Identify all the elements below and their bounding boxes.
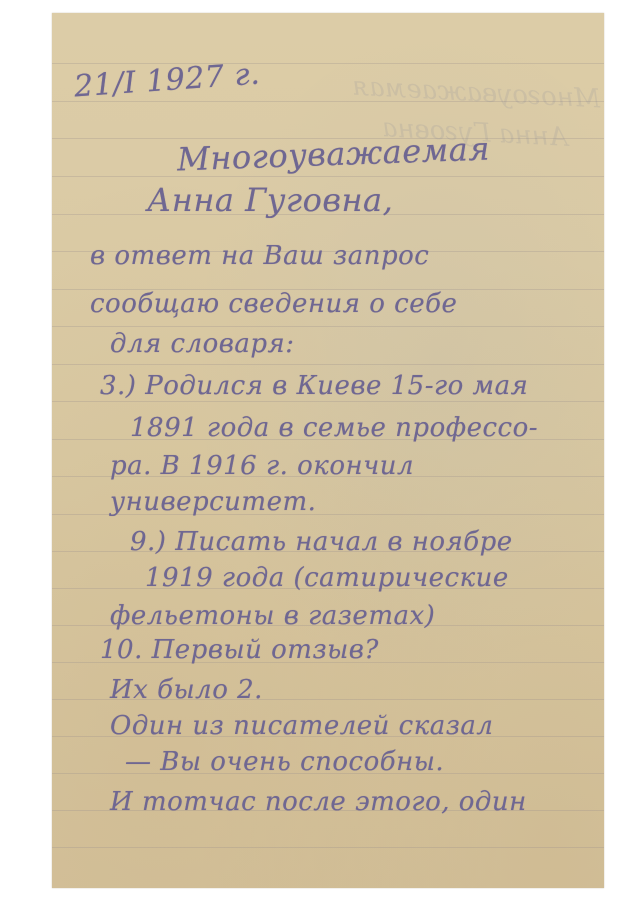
letter-line: 3.) Родился в Киеве 15-го мая	[100, 371, 528, 401]
letter-line: — Вы очень способны.	[125, 747, 444, 777]
letter-line: 1919 года (сатирические	[145, 563, 509, 593]
ruled-line	[52, 101, 604, 102]
ruled-line	[52, 847, 604, 848]
letter-line: Один из писателей сказал	[110, 711, 494, 741]
letter-line: И тотчас после этого, один	[110, 787, 527, 817]
letter-line: 9.) Писать начал в ноябре	[130, 527, 513, 557]
ruled-line	[52, 63, 604, 64]
letter-line: фельетоны в газетах)	[110, 601, 435, 631]
ruled-line	[52, 364, 604, 365]
letter-line: 1891 года в семье профессо-	[130, 413, 538, 443]
letter-line: Их было 2.	[110, 675, 263, 705]
letter-salutation: Многоуважаемая	[176, 130, 490, 179]
letter-line: университет.	[110, 487, 316, 517]
ruled-line	[52, 326, 604, 327]
letter-line: для словаря:	[110, 329, 295, 359]
ruled-line	[52, 401, 604, 402]
letter-addressee: Анна Гуговна,	[147, 181, 393, 219]
scan-canvas: Многоуважаемая Анна Гуговна 21/I 1927 г.…	[0, 0, 630, 900]
letter-line: 10. Первый отзыв?	[100, 635, 379, 665]
letter-line: ра. В 1916 г. окончил	[110, 451, 414, 481]
ruled-line	[52, 176, 604, 177]
bleed-through-text: Многоуважаемая	[351, 72, 601, 115]
letter-sheet: Многоуважаемая Анна Гуговна 21/I 1927 г.…	[52, 13, 604, 888]
letter-line: сообщаю сведения о себе	[90, 289, 457, 319]
letter-line: в ответ на Ваш запрос	[90, 241, 429, 271]
